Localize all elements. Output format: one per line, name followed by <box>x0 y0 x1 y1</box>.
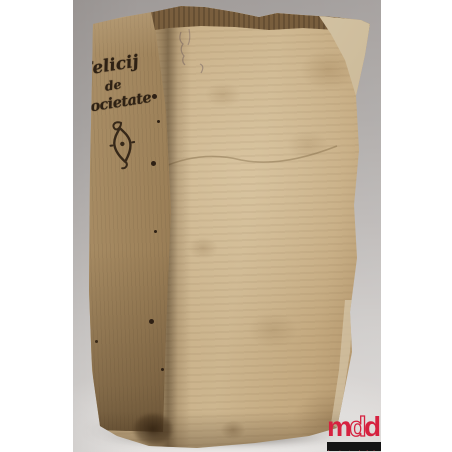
mdd-watermark-logo: mdd la mémoire du droit <box>327 413 381 451</box>
book-bottom-shading <box>73 0 381 452</box>
mdd-logo-tagline: la mémoire du droit <box>328 448 376 451</box>
logo-letter-d-outline: d <box>349 411 364 442</box>
book: Felicij de Societate <box>73 0 381 452</box>
photo-backdrop: Felicij de Societate mdd <box>73 0 381 452</box>
mdd-logo-letters: mdd <box>327 413 381 441</box>
logo-letter-m: m <box>327 411 349 442</box>
logo-letter-d-solid: d <box>364 411 379 442</box>
photo-frame: Felicij de Societate mdd <box>0 0 452 452</box>
worm-holes <box>73 0 76 3</box>
mdd-logo-tagline-bar: la mémoire du droit <box>327 442 381 451</box>
